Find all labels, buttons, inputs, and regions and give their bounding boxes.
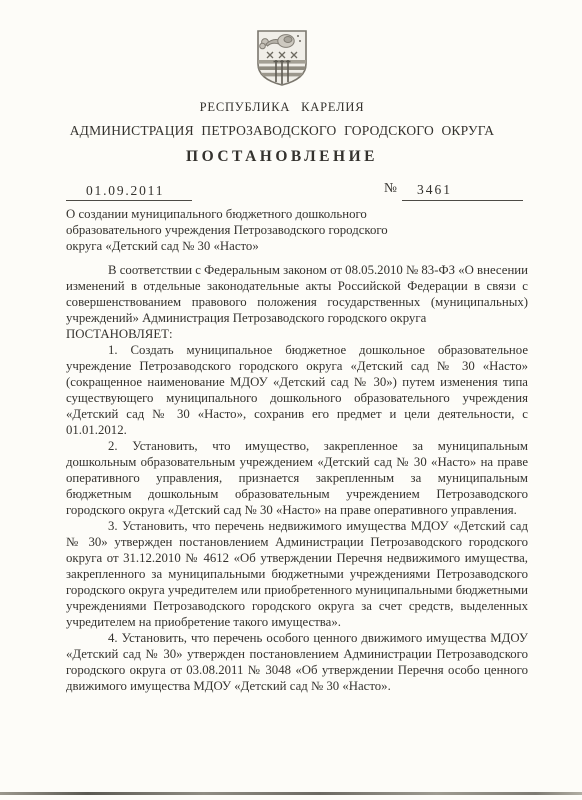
subject-line: округа «Детский сад № 30 «Насто» [66,238,388,254]
decree-item-2: 2. Установить, что имущество, закрепленн… [66,438,528,518]
scanned-decree-page: РЕСПУБЛИКА КАРЕЛИЯ АДМИНИСТРАЦИЯ ПЕТРОЗА… [0,0,582,800]
document-body: В соответствии с Федеральным законом от … [66,262,528,694]
decree-item-3: 3. Установить, что перечень недвижимого … [66,518,528,630]
document-number: 3461 [417,182,452,198]
intro-paragraph: В соответствии с Федеральным законом от … [66,262,528,326]
subject-line: образовательного учреждения Петрозаводск… [66,222,388,238]
document-subject: О создании муниципального бюджетного дош… [66,206,388,254]
date-underline [66,200,192,201]
resolves-line: ПОСТАНОВЛЯЕТ: [66,326,528,342]
decree-item-4: 4. Установить, что перечень особого ценн… [66,630,528,694]
administration-title: АДМИНИСТРАЦИЯ ПЕТРОЗАВОДСКОГО ГОРОДСКОГО… [0,123,564,139]
document-type-title: ПОСТАНОВЛЕНИЕ [0,148,564,166]
republic-title: РЕСПУБЛИКА КАРЕЛИЯ [0,100,564,115]
number-sign: № [384,180,397,196]
decree-item-1: 1. Создать муниципальное бюджетное дошко… [66,342,528,438]
scan-edge-artifact [0,792,582,795]
coat-of-arms-icon [253,29,311,87]
subject-line: О создании муниципального бюджетного дош… [66,206,388,222]
number-underline [402,200,523,201]
document-date: 01.09.2011 [86,183,164,199]
